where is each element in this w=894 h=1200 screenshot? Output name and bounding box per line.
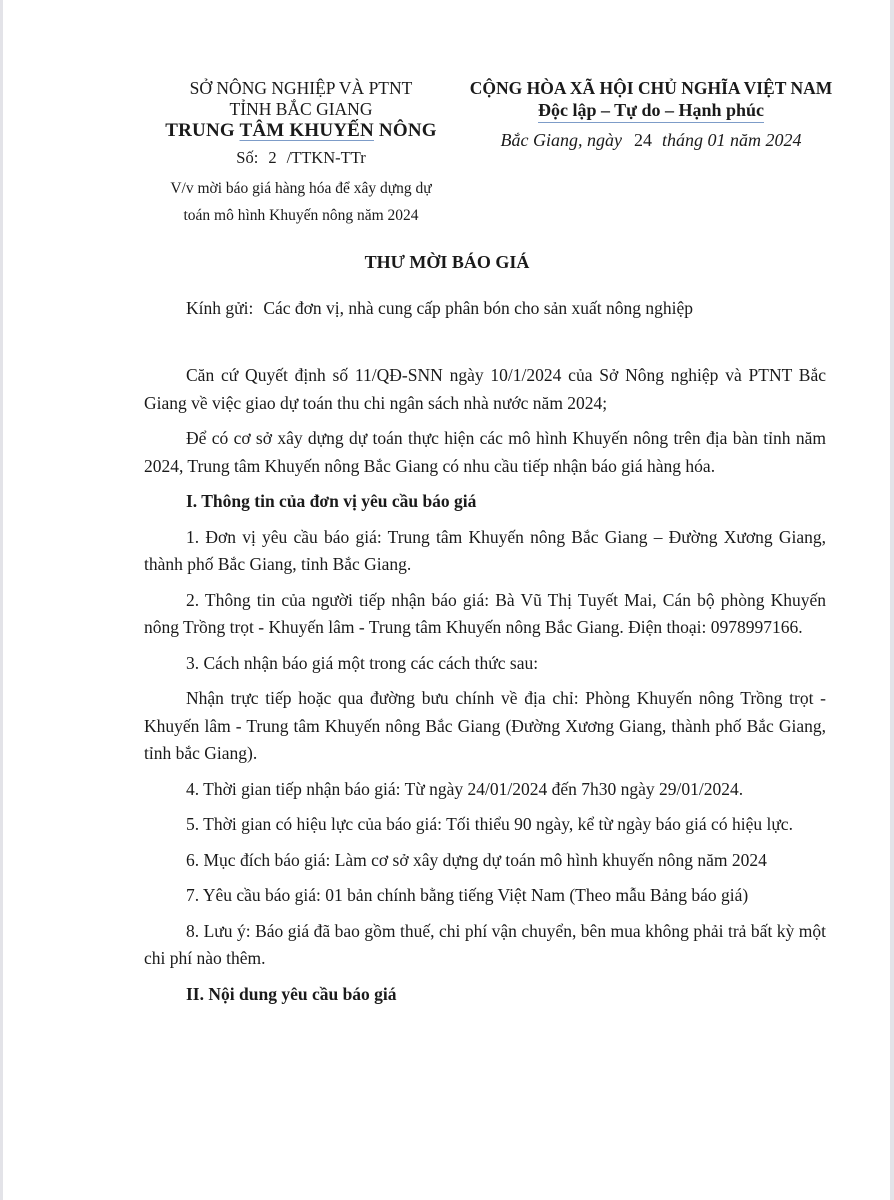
list-item: 6. Mục đích báo giá: Làm cơ sở xây dựng … xyxy=(144,847,826,875)
agency-name-part: NÔNG xyxy=(374,120,437,141)
doc-number-label: Số: xyxy=(236,148,258,167)
parent-agency: SỞ NÔNG NGHIỆP VÀ PTNT xyxy=(140,77,462,99)
agency-name-part: TRUNG xyxy=(165,120,239,141)
doc-number-value: 2 xyxy=(268,148,276,167)
agency-name: TRUNG TÂM KHUYẾN NÔNG xyxy=(140,119,462,143)
list-item: 3. Cách nhận báo giá một trong các cách … xyxy=(144,650,826,678)
document-body: Căn cứ Quyết định số 11/QĐ-SNN ngày 10/1… xyxy=(144,362,826,1016)
list-item: 8. Lưu ý: Báo giá đã bao gồm thuế, chi p… xyxy=(144,918,826,973)
list-item: 5. Thời gian có hiệu lực của báo giá: Tố… xyxy=(144,811,826,839)
subject-line: toán mô hình Khuyến nông năm 2024 xyxy=(140,202,462,229)
place-date: Bắc Giang, ngày24tháng 01 năm 2024 xyxy=(452,127,850,153)
issuing-agency-header: SỞ NÔNG NGHIỆP VÀ PTNT TỈNH BẮC GIANG TR… xyxy=(140,77,462,229)
nation-name: CỘNG HÒA XÃ HỘI CHỦ NGHĨA VIỆT NAM xyxy=(452,77,850,99)
section-heading-1: I. Thông tin của đơn vị yêu cầu báo giá xyxy=(144,488,826,516)
subject-line: V/v mời báo giá hàng hóa để xây dựng dự xyxy=(140,175,462,202)
date-month-year: tháng 01 năm 2024 xyxy=(662,130,802,150)
doc-number-suffix: /TTKN-TTr xyxy=(287,148,366,167)
agency-name-underlined: TÂM KHUYẾN xyxy=(240,120,374,141)
national-motto: Độc lập – Tự do – Hạnh phúc xyxy=(538,99,764,123)
document-number: Số:2/TTKN-TTr xyxy=(140,145,462,171)
document-subject: V/v mời báo giá hàng hóa để xây dựng dự … xyxy=(140,175,462,229)
national-header: CỘNG HÒA XÃ HỘI CHỦ NGHĨA VIỆT NAM Độc l… xyxy=(452,77,850,153)
section-heading-2: II. Nội dung yêu cầu báo giá xyxy=(144,981,826,1009)
recipient-label: Kính gửi: xyxy=(186,298,253,318)
list-item: Nhận trực tiếp hoặc qua đường bưu chính … xyxy=(144,685,826,768)
document-page: SỞ NÔNG NGHIỆP VÀ PTNT TỈNH BẮC GIANG TR… xyxy=(0,0,894,1200)
date-day: 24 xyxy=(634,130,652,150)
list-item: 7. Yêu cầu báo giá: 01 bản chính bằng ti… xyxy=(144,882,826,910)
list-item: 4. Thời gian tiếp nhận báo giá: Từ ngày … xyxy=(144,776,826,804)
document-title: THƯ MỜI BÁO GIÁ xyxy=(0,252,894,273)
date-place: Bắc Giang, ngày xyxy=(501,130,622,150)
recipient-value: Các đơn vị, nhà cung cấp phân bón cho sả… xyxy=(263,298,693,318)
paragraph-basis: Căn cứ Quyết định số 11/QĐ-SNN ngày 10/1… xyxy=(144,362,826,417)
list-item: 2. Thông tin của người tiếp nhận báo giá… xyxy=(144,587,826,642)
paragraph-purpose: Để có cơ sở xây dựng dự toán thực hiện c… xyxy=(144,425,826,480)
list-item: 1. Đơn vị yêu cầu báo giá: Trung tâm Khu… xyxy=(144,524,826,579)
recipient-line: Kính gửi:Các đơn vị, nhà cung cấp phân b… xyxy=(186,298,693,319)
province: TỈNH BẮC GIANG xyxy=(140,99,462,119)
